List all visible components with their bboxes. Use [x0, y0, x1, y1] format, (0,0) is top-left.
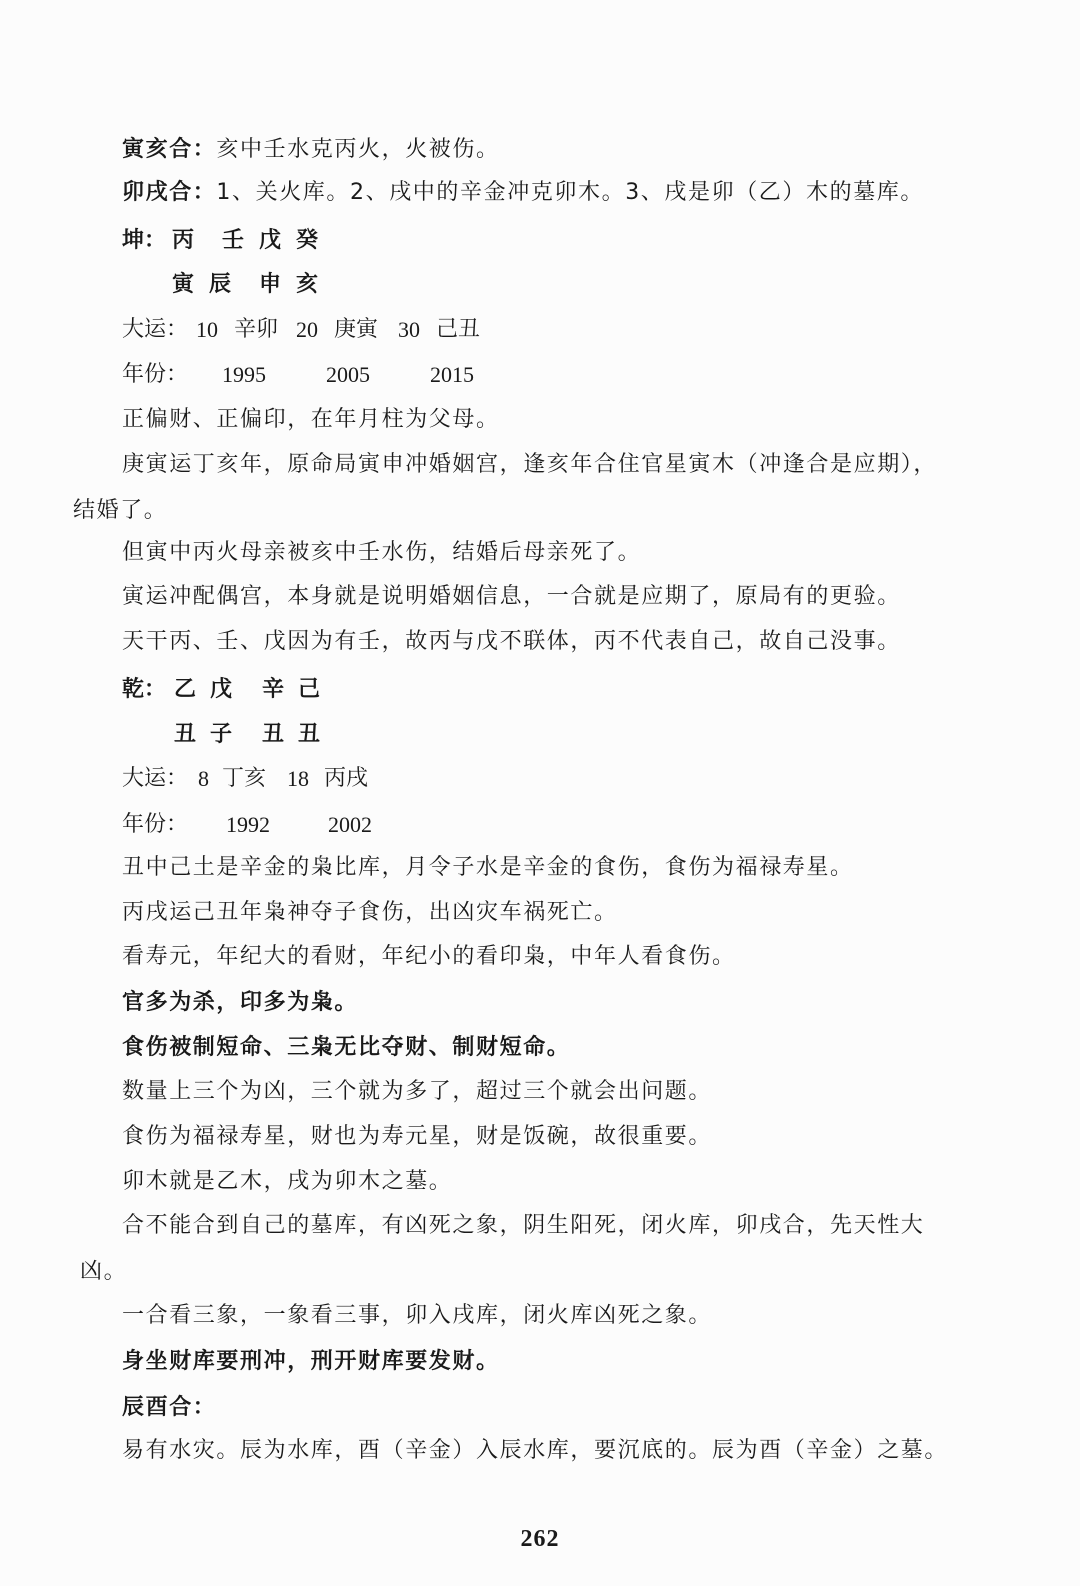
kun-chart-branches: 寅 辰 申 亥 [122, 270, 422, 300]
years-label: 年份： [122, 360, 188, 390]
dayun-pillar: 辛卯 [234, 315, 278, 345]
stem-hour: 己 [298, 675, 320, 705]
stem-month: 戊 [210, 675, 232, 705]
kun-years-row: 年份： 1995 2005 2015 [122, 360, 622, 390]
dayun-label: 大运： [122, 315, 188, 345]
bold-rule: 身坐财库要刑冲，刑开财库要发财。 [122, 1347, 500, 1377]
dayun-age: 30 [398, 315, 420, 345]
paragraph: 易有水灾。辰为水库，酉（辛金）入辰水库，要沉底的。辰为酉（辛金）之墓。 [122, 1436, 948, 1466]
paragraph: 庚寅运丁亥年，原命局寅申冲婚姻宫，逢亥年合住官星寅木（冲逢合是应期）， [122, 450, 937, 480]
document-page: 寅亥合：亥中壬水克丙火，火被伤。 卯戌合：1、关火库。2、戌中的辛金冲克卯木。3… [0, 0, 1080, 1586]
kun-chart-stems: 坤： 丙 壬 戊 癸 [122, 226, 422, 256]
section-heading: 辰酉合： [122, 1393, 216, 1423]
maoxu-he-line: 卯戌合：1、关火库。2、戌中的辛金冲克卯木。3、戌是卯（乙）木的墓库。 [122, 178, 924, 208]
term-text: 亥中壬水克丙火，火被伤。 [216, 137, 499, 162]
year-value: 2005 [326, 360, 370, 390]
branch-day: 丑 [262, 720, 284, 750]
stem-day: 戊 [259, 226, 281, 256]
paragraph: 寅运冲配偶宫，本身就是说明婚姻信息，一合就是应期了，原局有的更验。 [122, 582, 901, 612]
yinhai-he-line: 寅亥合：亥中壬水克丙火，火被伤。 [122, 135, 500, 165]
dayun-age: 8 [198, 764, 209, 794]
dayun-pillar: 丁亥 [222, 764, 266, 794]
dayun-age: 18 [287, 764, 309, 794]
paragraph-continuation: 结婚了。 [73, 496, 167, 526]
dayun-pillar: 庚寅 [334, 315, 378, 345]
stem-hour: 癸 [296, 226, 318, 256]
paragraph: 食伤为福禄寿星，财也为寿元星，财是饭碗，故很重要。 [122, 1122, 712, 1152]
paragraph: 数量上三个为凶，三个就为多了，超过三个就会出问题。 [122, 1077, 712, 1107]
branch-month: 子 [210, 720, 232, 750]
paragraph: 一合看三象，一象看三事，卯入戌库，闭火库凶死之象。 [122, 1301, 712, 1331]
dayun-age: 10 [196, 315, 218, 345]
branch-hour: 亥 [296, 270, 318, 300]
paragraph: 卯木就是乙木，戌为卯木之墓。 [122, 1167, 452, 1197]
year-value: 2015 [430, 360, 474, 390]
stem-year: 丙 [172, 226, 194, 256]
page-number: 262 [0, 1526, 1080, 1553]
year-value: 1992 [226, 810, 270, 840]
dayun-pillar: 己丑 [436, 315, 480, 345]
dayun-label: 大运： [122, 764, 188, 794]
kun-dayun-row: 大运： 10 辛卯 20 庚寅 30 己丑 [122, 315, 622, 345]
branch-hour: 丑 [298, 720, 320, 750]
paragraph: 但寅中丙火母亲被亥中壬水伤，结婚后母亲死了。 [122, 538, 641, 568]
branch-day: 申 [259, 270, 281, 300]
qian-years-row: 年份： 1992 2002 [122, 810, 622, 840]
paragraph: 正偏财、正偏印，在年月柱为父母。 [122, 405, 500, 435]
stem-month: 壬 [222, 226, 244, 256]
chart-label: 坤： [122, 226, 166, 256]
term-text: 1、关火库。2、戌中的辛金冲克卯木。3、戌是卯（乙）木的墓库。 [216, 180, 924, 205]
term-label: 寅亥合： [122, 137, 216, 162]
branch-year: 丑 [174, 720, 196, 750]
paragraph: 丑中己土是辛金的枭比库，月令子水是辛金的食伤，食伤为福禄寿星。 [122, 853, 854, 883]
branch-month: 辰 [209, 270, 231, 300]
dayun-pillar: 丙戌 [324, 764, 368, 794]
chart-label: 乾： [122, 675, 166, 705]
paragraph: 天干丙、壬、戊因为有壬，故丙与戊不联体，丙不代表自己，故自己没事。 [122, 627, 901, 657]
qian-dayun-row: 大运： 8 丁亥 18 丙戌 [122, 764, 622, 794]
term-label: 卯戌合： [122, 180, 216, 205]
paragraph: 看寿元，年纪大的看财，年纪小的看印枭，中年人看食伤。 [122, 942, 736, 972]
dayun-age: 20 [296, 315, 318, 345]
stem-year: 乙 [174, 675, 196, 705]
year-value: 1995 [222, 360, 266, 390]
paragraph: 合不能合到自己的墓库，有凶死之象，阴生阳死，闭火库，卯戌合，先天性大 [122, 1211, 924, 1241]
qian-chart-stems: 乾： 乙 戊 辛 己 [122, 675, 422, 705]
branch-year: 寅 [172, 270, 194, 300]
qian-chart-branches: 丑 子 丑 丑 [122, 720, 422, 750]
year-value: 2002 [328, 810, 372, 840]
bold-rule: 官多为杀，印多为枭。 [122, 988, 358, 1018]
paragraph-continuation: 凶。 [80, 1257, 127, 1287]
paragraph: 丙戌运己丑年枭神夺子食伤，出凶灾车祸死亡。 [122, 898, 618, 928]
stem-day: 辛 [262, 675, 284, 705]
years-label: 年份： [122, 810, 188, 840]
bold-rule: 食伤被制短命、三枭无比夺财、制财短命。 [122, 1033, 570, 1063]
